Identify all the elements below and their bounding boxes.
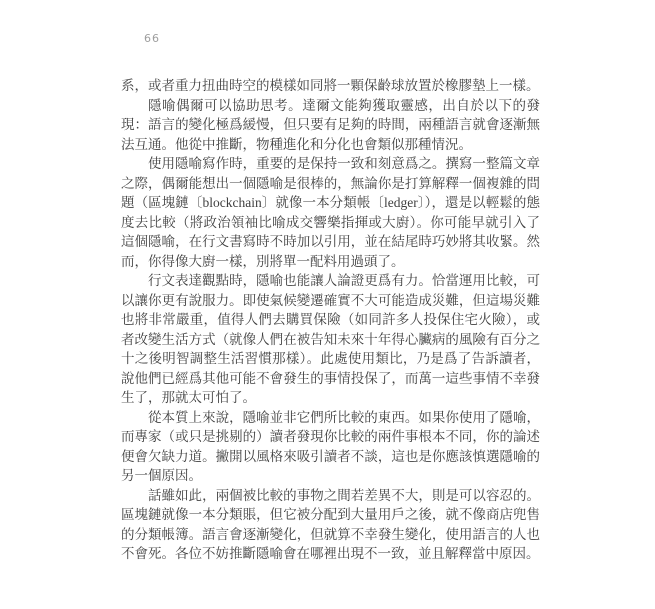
paragraph: 話雖如此，兩個被比較的事物之間若差異不大，則是可以容忍的。區塊鏈就像一本分類賬，… — [121, 486, 540, 564]
paragraph: 行文表達觀點時，隱喻也能讓人論證更爲有力。恰當運用比較，可以讓你更有說服力。即使… — [121, 271, 540, 408]
paragraph: 從本質上來說，隱喻並非它們所比較的東西。如果你使用了隱喻，而專家（或只是挑剔的）… — [121, 408, 540, 486]
page-text: 系，或者重力扭曲時空的模樣如同將一顆保齡球放置於橡膠墊上一樣。隱喻偶爾可以協助思… — [121, 76, 540, 564]
paragraph: 系，或者重力扭曲時空的模樣如同將一顆保齡球放置於橡膠墊上一樣。 — [121, 76, 540, 96]
book-page: 66 系，或者重力扭曲時空的模樣如同將一顆保齡球放置於橡膠墊上一樣。隱喻偶爾可以… — [0, 0, 655, 609]
paragraph: 隱喻偶爾可以協助思考。達爾文能夠獲取靈感，出自於以下的發現：語言的變化極爲緩慢，… — [121, 96, 540, 155]
page-number: 66 — [144, 32, 160, 45]
paragraph: 使用隱喻寫作時，重要的是保持一致和刻意爲之。撰寫一整篇文章之際，偶爾能想出一個隱… — [121, 154, 540, 271]
